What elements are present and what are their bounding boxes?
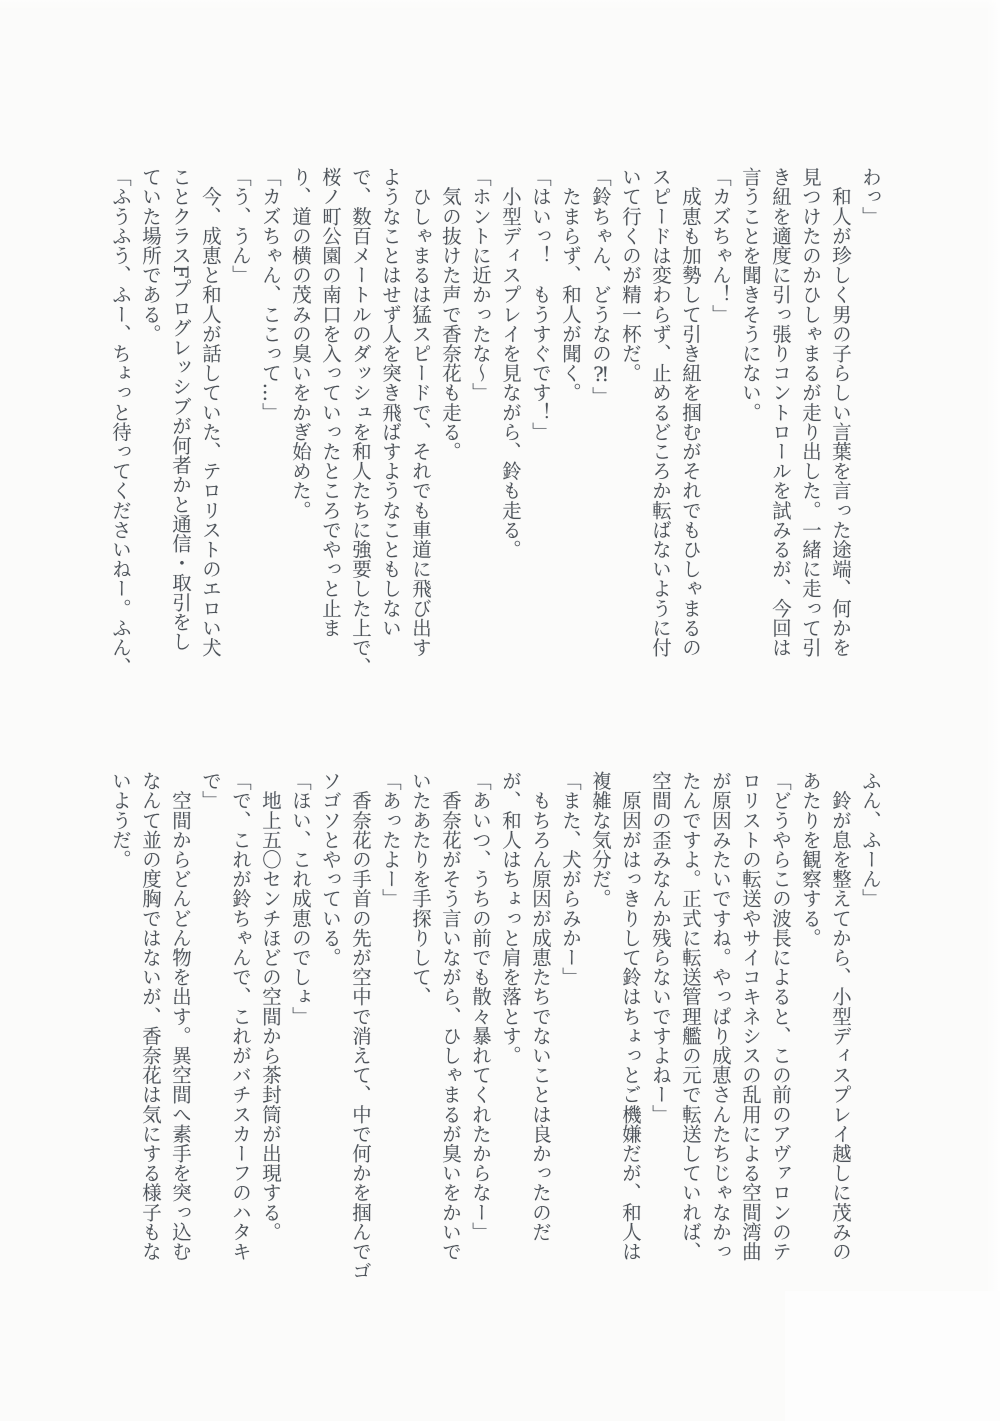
text-column: で、数百メートルのダッシュを和人たちに強要した上で、	[345, 167, 375, 683]
text-column: 複雑な気分だ。	[585, 771, 615, 1287]
text-column: 「カズちゃん、ここって…」	[255, 167, 285, 683]
text-column: で」	[195, 771, 225, 1287]
scan-artifact-right	[986, 0, 1000, 1421]
text-column: ことクラスFプログレッシブが何者かと通信・取引をし	[165, 167, 195, 683]
text-column: なんて並の度胸ではないが、香奈花は気にする様子もな	[135, 771, 165, 1287]
text-column: ひしゃまるは猛スピードで、それでも車道に飛び出す	[405, 167, 435, 683]
text-column: 「鈴ちゃん、どうなの⁈」	[585, 167, 615, 683]
text-column: 「ほい、これ成恵のでしょ」	[285, 771, 315, 1287]
text-column: り、道の横の茂みの臭いをかぎ始めた。	[285, 167, 315, 683]
text-column: 「また、犬がらみかー」	[555, 771, 585, 1287]
text-column: いて行くのが精一杯だ。	[615, 167, 645, 683]
text-column: 「あったよー」	[375, 771, 405, 1287]
text-column: 和人が珍しく男の子らしい言葉を言った途端、何かを	[825, 167, 855, 683]
text-column: 空間の歪みなんか残らないですよねー」	[645, 771, 675, 1287]
text-column: が原因みたいですね。やっぱり成恵さんたちじゃなかっ	[705, 771, 735, 1287]
text-column: わっ」	[855, 167, 885, 683]
text-column: 香奈花がそう言いながら、ひしゃまるが臭いをかいで	[435, 771, 465, 1287]
text-column: 「はいっ！ もうすぐです！」	[525, 167, 555, 683]
text-block-top: わっ」 和人が珍しく男の子らしい言葉を言った途端、何かを 見つけたのかひしゃまる…	[105, 167, 885, 683]
text-column: き紐を適度に引っ張りコントロールを試みるが、今回は	[765, 167, 795, 683]
text-column: 見つけたのかひしゃまるが走り出した。一緒に走って引	[795, 167, 825, 683]
text-column: 「で、これが鈴ちゃんで、これがバチスカーフのハタキ	[225, 771, 255, 1287]
text-block-bottom: ふん、ふーん」 鈴が息を整えてから、小型ディスプレイ越しに茂みの あたりを観察す…	[105, 771, 885, 1287]
text-column: 「どうやらこの波長によると、この前のアヴァロンのテ	[765, 771, 795, 1287]
text-column: たんですよ。正式に転送管理艦の元で転送していれば、	[675, 771, 705, 1287]
text-column: ていた場所である。	[135, 167, 165, 683]
text-column: 言うことを聞きそうにない。	[735, 167, 765, 683]
text-column: 「あいつ、うちの前でも散々暴れてくれたからなー」	[465, 771, 495, 1287]
text-column: 原因がはっきりして鈴はちょっとご機嫌だが、和人は	[615, 771, 645, 1287]
text-column: ソゴソとやっている。	[315, 771, 345, 1287]
text-column: いようだ。	[105, 771, 135, 1287]
text-column: ロリストの転送やサイコキネシスの乱用による空間湾曲	[735, 771, 765, 1287]
text-column: 「カズちゃん！」	[705, 167, 735, 683]
text-column: 「う、うん」	[225, 167, 255, 683]
text-column: 「ふうふう、ふー、ちょっと待ってくださいねー。ふん、	[105, 167, 135, 683]
text-column: 空間からどんどん物を出す。異空間へ素手を突っ込む	[165, 771, 195, 1287]
text-column: 桜ノ町公園の南口を入っていったところでやっと止ま	[315, 167, 345, 683]
text-column: 鈴が息を整えてから、小型ディスプレイ越しに茂みの	[825, 771, 855, 1287]
text-column: いたあたりを手探りして、	[405, 771, 435, 1287]
scan-artifact-corner	[785, 1291, 1000, 1421]
text-column: 地上五〇センチほどの空間から茶封筒が出現する。	[255, 771, 285, 1287]
text-column: 香奈花の手首の先が空中で消えて、中で何かを掴んでゴ	[345, 771, 375, 1287]
text-column: 成恵も加勢して引き紐を掴むがそれでもひしゃまるの	[675, 167, 705, 683]
text-column: あたりを観察する。	[795, 771, 825, 1287]
scanned-page: わっ」 和人が珍しく男の子らしい言葉を言った途端、何かを 見つけたのかひしゃまる…	[0, 0, 1000, 1421]
text-column: 小型ディスプレイを見ながら、鈴も走る。	[495, 167, 525, 683]
text-column: 「ホントに近かったな〜」	[465, 167, 495, 683]
text-column: たまらず、和人が聞く。	[555, 167, 585, 683]
text-column: が、和人はちょっと肩を落とす。	[495, 771, 525, 1287]
text-column: もちろん原因が成恵たちでないことは良かったのだ	[525, 771, 555, 1287]
text-column: 気の抜けた声で香奈花も走る。	[435, 167, 465, 683]
scan-artifact-top	[0, 0, 1000, 10]
text-column: 今、成恵と和人が話していた、テロリストのエロい犬	[195, 167, 225, 683]
text-column: ふん、ふーん」	[855, 771, 885, 1287]
text-column: ようなことはせず人を突き飛ばすようなこともしない	[375, 167, 405, 683]
text-column: スピードは変わらず、止めるどころか転ばないように付	[645, 167, 675, 683]
